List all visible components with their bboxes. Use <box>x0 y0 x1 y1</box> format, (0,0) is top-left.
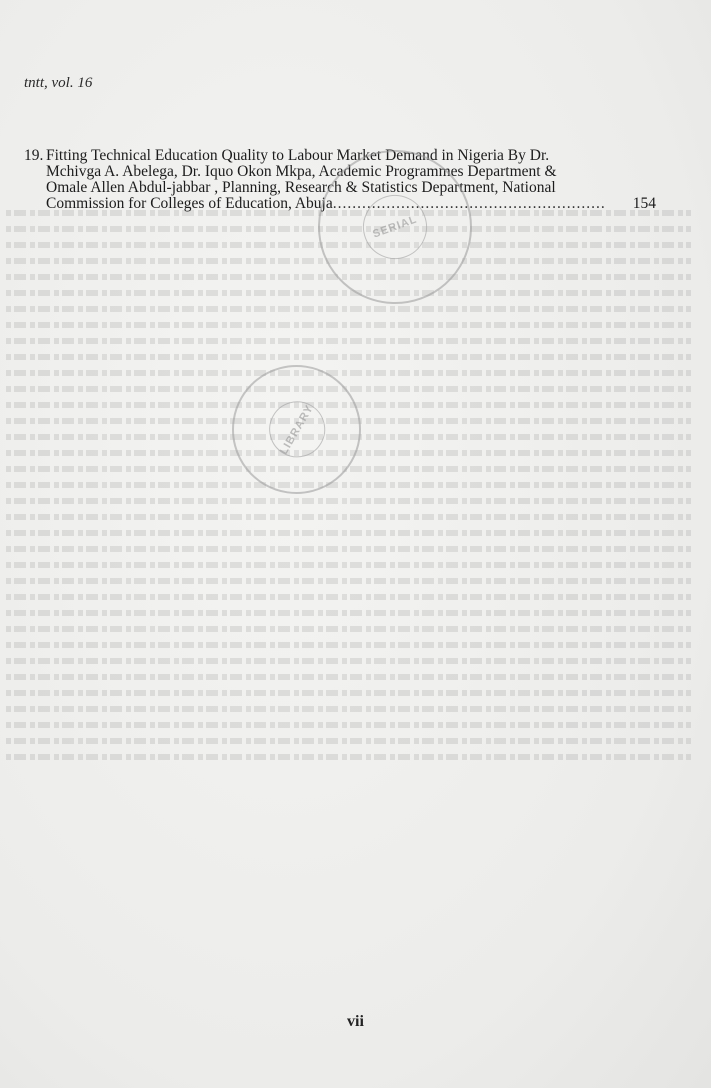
folio-page-number: vii <box>0 1013 711 1031</box>
stamp-emblem-icon: LIBRARY <box>258 391 334 467</box>
toc-entry-number: 19. <box>24 148 43 164</box>
stamp-center-text: SERIAL <box>371 213 419 240</box>
toc-entry-line: Fitting Technical Education Quality to L… <box>46 148 606 164</box>
toc-page-number: 154 <box>633 196 656 212</box>
bleed-through-texture <box>0 210 711 830</box>
toc-entry-line: Mchivga A. Abelega, Dr. Iquo Okon Mkpa, … <box>46 164 606 180</box>
running-head: tntt, vol. 16 <box>24 75 92 92</box>
stamp-center-text: LIBRARY <box>277 402 315 456</box>
stamp-emblem-icon: SERIAL <box>354 186 436 268</box>
toc-entry-line: Commission for Colleges of Education, Ab… <box>46 196 333 212</box>
